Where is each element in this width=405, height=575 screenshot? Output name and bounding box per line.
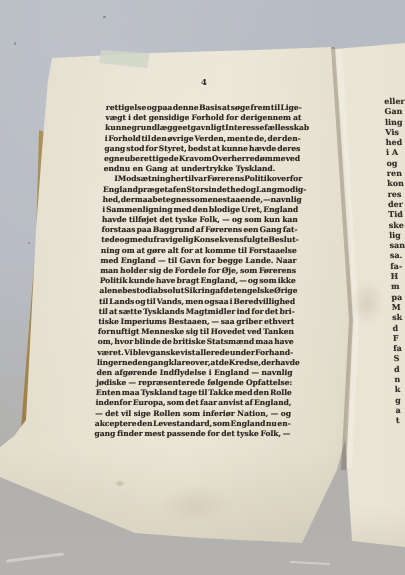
fragment-line: ling [385, 117, 405, 127]
text-line: om,hvorblindedebritiskeStatsmændmaahave [97, 337, 293, 347]
text-line: kunnegrundlæggeetgavnligtInteressefælles… [105, 123, 301, 133]
page-number: 4 [106, 78, 302, 88]
fragment-line: eller [384, 96, 405, 106]
fragment-line: a [395, 405, 405, 415]
text-line: iSammenligningmeddenblodigeUret,England [102, 205, 298, 215]
text-line: indenforEuropa,somdetfaaranvistafEngland… [95, 398, 291, 408]
fragment-line: sk [392, 312, 405, 322]
text-line: alenebestodiabsolutSikringafdetengelskeØ… [99, 286, 295, 296]
text-line: medEngland—tilGavnforbeggeLande.Naar [100, 256, 296, 266]
text-line: manholdersigdeFordeleforØje,somFørerens [100, 266, 296, 276]
text-line: tedeogmedufravigeligKonsekvensfulgteBesl… [101, 235, 297, 245]
fragment-line: d [394, 364, 405, 374]
text-line: gangstodforStyret,bedstatkunnehævdederes [104, 144, 300, 154]
speck [14, 42, 16, 45]
fragment-line: pa [391, 292, 405, 302]
text-line: akcepteredenLevestandard,somEnglandnuen- [95, 419, 291, 429]
fragment-line: g [395, 395, 405, 405]
text-line: fornuftigtMenneskesigtilHovedetvedTanken [98, 327, 294, 337]
fragment-line: ske [389, 220, 405, 230]
text-line: PolitikkundehavebragtEngland,—ogsomikke [100, 276, 296, 286]
fragment-line: n [394, 374, 405, 384]
text-line: egneuberettigedeKravomOverherredømmeved [104, 154, 300, 164]
text-line: EnglandprægetafenStorsindethedogLangmodi… [103, 185, 299, 195]
text-line: jødiske—repræsenteredefølgendeOpfattelse… [96, 378, 292, 388]
fragment-line: Tid [388, 209, 405, 219]
fragment-line: S [393, 353, 405, 363]
speck [103, 16, 106, 18]
text-line: rettigelseogpaadenneBasisatsøgefremtilLi… [106, 103, 302, 113]
text-line: denafgørendeIndflydelseiEngland—navnlig [96, 368, 292, 378]
text-line: iForholdtildenøvrigeVerden,mentede,derde… [105, 134, 301, 144]
fragment-line: m [391, 281, 405, 291]
fragment-line: Vis [385, 127, 405, 137]
fragment-line: k [395, 384, 405, 394]
text-line: havdetilføjetdettyskeFolk,—ogsomkunkan [102, 215, 298, 225]
fragment-line: F [393, 333, 405, 343]
fragment-line: H [390, 271, 405, 281]
text-line: EntenmaaTysklandtagetilTakkemeddenRolle [96, 388, 292, 398]
speck [28, 242, 30, 244]
fragment-line: hed [386, 137, 405, 147]
text-line: ningomatgørealtforatkommetilForstaaelse [101, 246, 297, 256]
text-line: hed,dermaabetegnessomenestaaende,—navnli… [102, 195, 298, 205]
fragment-line: fa- [390, 261, 405, 271]
text-line: endnu en Gang at undertrykke Tyskland. [104, 164, 300, 174]
fragment-line: der [388, 199, 405, 209]
fragment-line: san [389, 240, 405, 250]
text-line: lingernedengangklareover,atdeKredse,derh… [97, 358, 293, 368]
fragment-line: Gan [384, 106, 405, 116]
fragment-line: i A [386, 147, 405, 157]
text-line: —detvilsigeRollensominferiørNation,—og [95, 409, 291, 419]
fragment-line: kon [387, 178, 405, 188]
body-text: rettigelseogpaadenneBasisatsøgefremtilLi… [94, 103, 302, 439]
fragment-line: d [392, 323, 405, 333]
text-line: tiskeImperiumsBestaaen,—saagriberethvert [98, 317, 294, 327]
text-line: tilatsætteTysklandsMagtmidlerindfordetbr… [99, 307, 295, 317]
fragment-line: res [387, 189, 405, 199]
text-line: IModsætninghertilvarFørerensPolitikoverf… [103, 174, 299, 184]
fragment-line: M [392, 302, 405, 312]
book-photo: 4 rettigelseogpaadenneBasisatsøgefremtil… [0, 0, 405, 575]
fragment-line: lig [389, 230, 405, 240]
text-line: været.ViblevganskevistalleredeunderForha… [97, 348, 293, 358]
text-line: vægtidetgensidigeForholdforderigennemat [105, 113, 301, 123]
fragment-line: ren [387, 168, 405, 178]
text-line: tilLandsogtilVands,menogsaaiBeredvilligh… [99, 297, 295, 307]
fragment-line: fa [393, 343, 405, 353]
text-line: gangfindermestpassendefordettyskeFolk,— [94, 429, 290, 439]
text-line: forstaaspaaBaggrundafFørerenseenGangfat- [101, 225, 297, 235]
fragment-line: t [396, 415, 405, 425]
fragment-line: og [386, 158, 405, 168]
fragment-line: sa. [390, 250, 405, 260]
